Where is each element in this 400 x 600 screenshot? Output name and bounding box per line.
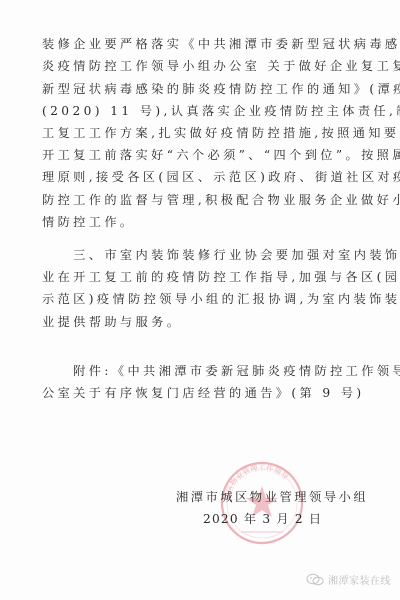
watermark: 湘潭家装在线 xyxy=(306,572,391,587)
attachment-line: 公室关于有序恢复门店经营的通告》(第 9 号) xyxy=(42,385,365,401)
body-line: 业提供帮助与服务。 xyxy=(42,314,182,330)
signing-organization: 湘潭市城区物业管理领导小组 xyxy=(176,489,368,505)
watermark-label: 湘潭家装在线 xyxy=(328,572,391,587)
body-line: 示范区)疫情防控领导小组的汇报协调,为室内装饰装修企 xyxy=(42,291,400,307)
signing-date: 2020 年 3 月 2 日 xyxy=(203,511,322,527)
body-line: 业在开工复工前的疫情防控工作指导,加强与各区(园区、 xyxy=(42,269,400,285)
attachment-line: 附件:《中共湘潭市委新冠肺炎疫情防控工作领导小组办 xyxy=(42,363,400,379)
body-line: 理原则,接受各区(园区、示范区)政府、街道社区对疫情 xyxy=(42,169,400,185)
body-line: 新型冠状病毒感染的肺炎疫情防控工作的通知》(潭疫防办 xyxy=(42,81,400,97)
body-line: 炎疫情防控工作领导小组办公室 关于做好企业复工复产和 xyxy=(42,58,400,74)
body-line: 情防控工作。 xyxy=(42,214,136,230)
section-three-line: 三、市室内装饰装修行业协会要加强对室内装饰装修企 xyxy=(42,247,400,263)
body-line: (2020) 11 号),认真落实企业疫情防控主体责任,制定开 xyxy=(42,103,400,119)
body-line: 工复工工作方案,扎实做好疫情防控措施,按照通知要求在 xyxy=(42,125,400,141)
document-page: 装修企业要严格落实《中共湘潭市委新型冠状病毒感染的肺 炎疫情防控工作领导小组办公… xyxy=(0,0,400,600)
wechat-icon xyxy=(306,573,324,586)
body-line: 装修企业要严格落实《中共湘潭市委新型冠状病毒感染的肺 xyxy=(42,36,400,52)
body-line: 防控工作的监督与管理,积极配合物业服务企业做好小区疫 xyxy=(42,192,400,208)
body-line: 开工复工前落实好“六个必须”、“四个到位”。按照属地管 xyxy=(42,147,400,163)
